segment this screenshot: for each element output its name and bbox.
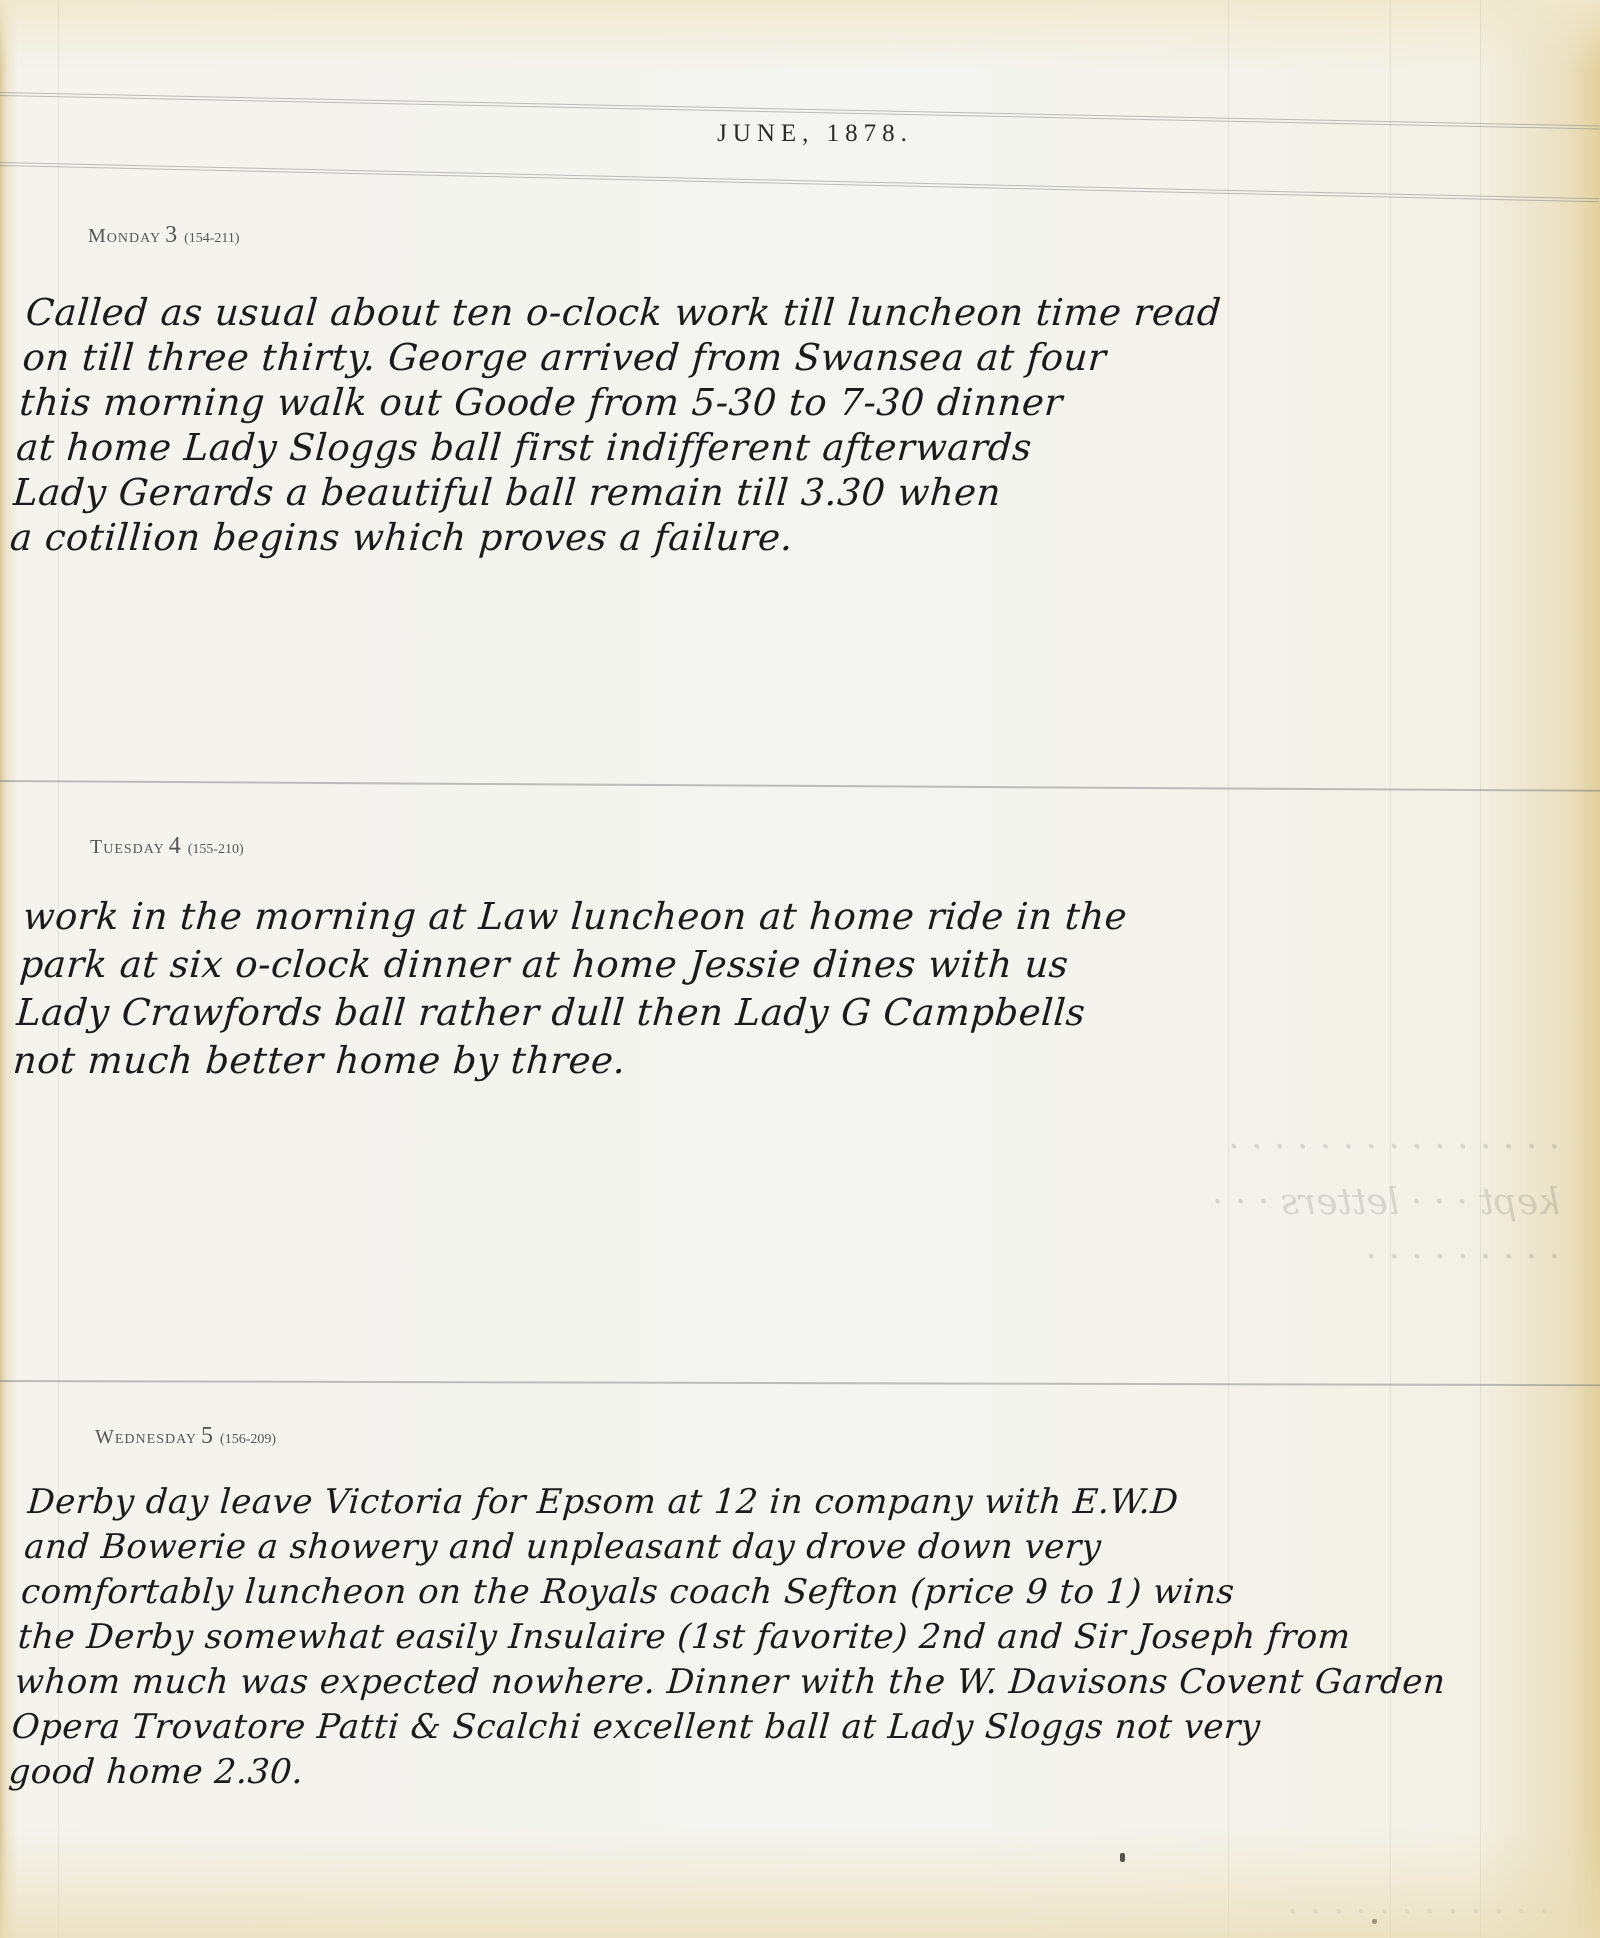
entry-line: Derby day leave Victoria for Epsom at 12… (26, 1480, 1593, 1525)
bleed-through-text: · · · · · · · · · · · · (200, 1885, 1550, 1938)
section-divider (0, 780, 1600, 792)
entry-line: this morning walk out Goode from 5-30 to… (18, 380, 1585, 425)
header-rule-bottom (0, 162, 1600, 199)
day-name: Wednesday (95, 1426, 197, 1448)
entry-line: Lady Crawfords ball rather dull then Lad… (15, 989, 1582, 1037)
entry-line: not much better home by three. (11, 1037, 1578, 1085)
entry-line: good home 2.30. (7, 1750, 1574, 1795)
entry-line: the Derby somewhat easily Insulaire (1st… (16, 1615, 1583, 1660)
bleed-through-text: · · · · · · · · · · · · · · · kept · · ·… (60, 1120, 1560, 1285)
entry-line: park at six o-clock dinner at home Jessi… (18, 941, 1585, 989)
entry-line: work in the morning at Law luncheon at h… (21, 893, 1588, 941)
day-number: 4 (169, 833, 182, 859)
entry-line: comfortably luncheon on the Royals coach… (20, 1570, 1587, 1615)
day-count: (155-210) (188, 842, 244, 857)
entry-line: whom much was expected nowhere. Dinner w… (13, 1660, 1580, 1705)
day-label-monday: Monday3(154-211) (88, 222, 240, 249)
day-count: (156-209) (220, 1432, 276, 1447)
entry-line: Lady Gerards a beautiful ball remain til… (12, 470, 1579, 515)
entry-tuesday: work in the morning at Law luncheon at h… (11, 893, 1588, 1085)
diary-page: JUNE, 1878. Monday3(154-211) Called as u… (0, 0, 1600, 1938)
entry-line: a cotillion begins which proves a failur… (9, 515, 1576, 560)
day-label-tuesday: Tuesday4(155-210) (90, 833, 244, 860)
entry-line: on till three thirty. George arrived fro… (21, 335, 1588, 380)
day-number: 3 (165, 222, 178, 248)
entry-line: Opera Trovatore Patti & Scalchi excellen… (10, 1705, 1577, 1750)
day-name: Tuesday (90, 836, 165, 858)
entry-wednesday: Derby day leave Victoria for Epsom at 12… (7, 1480, 1593, 1795)
day-name: Monday (88, 225, 161, 247)
entry-line: and Bowerie a showery and unpleasant day… (23, 1525, 1590, 1570)
entry-line: at home Lady Sloggs ball first indiffere… (15, 425, 1582, 470)
entry-monday: Called as usual about ten o-clock work t… (9, 290, 1592, 560)
day-number: 5 (201, 1423, 214, 1449)
page-title: JUNE, 1878. (0, 120, 1600, 148)
day-count: (154-211) (184, 231, 239, 246)
day-label-wednesday: Wednesday5(156-209) (95, 1423, 276, 1450)
ink-speck (1120, 1853, 1125, 1862)
entry-line: Called as usual about ten o-clock work t… (24, 290, 1591, 335)
section-divider (0, 1380, 1600, 1386)
